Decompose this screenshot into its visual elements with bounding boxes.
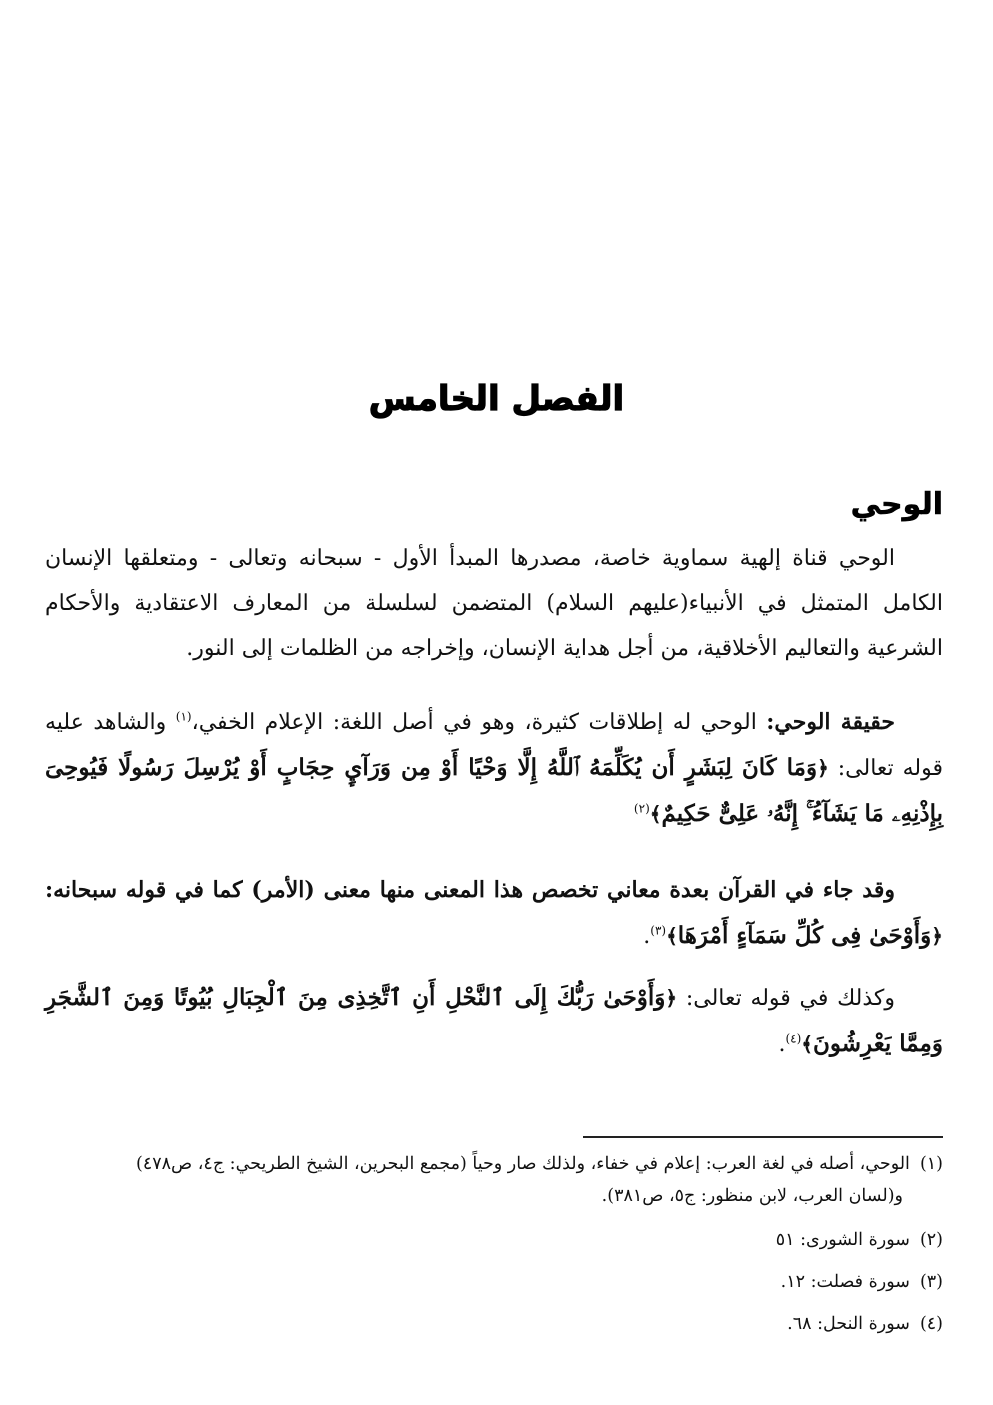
- footnote-text: الوحي، أصله في لغة العرب: إعلام في خفاء،…: [136, 1154, 910, 1174]
- paragraph-definition: الوحي قناة إلهية سماوية خاصة، مصدرها الم…: [45, 536, 943, 671]
- paragraph-bees: وكذلك في قوله تعالى: ﴿وَأَوْحَىٰ رَبُّكَ…: [45, 975, 943, 1067]
- quran-open-bracket: ﴿: [817, 756, 829, 780]
- footnote-text: سورة فصلت: ١٢.: [781, 1272, 910, 1292]
- footnote-2: (٢)سورة الشورى: ٥١: [45, 1224, 943, 1256]
- footnote-4: (٤)سورة النحل: ٦٨.: [45, 1308, 943, 1340]
- paragraph-lead: حقيقة الوحي:: [766, 709, 895, 735]
- paragraph-text: وكذلك في قوله تعالى:: [677, 986, 895, 1011]
- footnote-number: (٤): [920, 1308, 943, 1340]
- footnote-number: (٣): [920, 1266, 943, 1298]
- footnote-1-continuation: و(لسان العرب، لابن منظور: ج٥، ص٣٨١).: [45, 1180, 943, 1212]
- paragraph-text: الوحي له إطلاقات كثيرة، وهو في أصل اللغة…: [192, 710, 767, 735]
- footnotes: (١)الوحي، أصله في لغة العرب: إعلام في خف…: [45, 1148, 943, 1340]
- quran-open-bracket: ﴿: [931, 924, 943, 948]
- footnote-text: سورة الشورى: ٥١: [776, 1230, 910, 1250]
- footnote-number: (١): [920, 1148, 943, 1180]
- footnote-3: (٣)سورة فصلت: ١٢.: [45, 1266, 943, 1298]
- footnote-ref-3[interactable]: (٣): [650, 924, 666, 938]
- quran-close-bracket: ﴾: [666, 924, 678, 948]
- book-page: الفصل الخامس الوحي الوحي قناة إلهية سماو…: [0, 0, 993, 1405]
- footnote-separator: [583, 1136, 943, 1138]
- paragraph-text: وقد جاء في القرآن بعدة معاني تخصص هذا ال…: [45, 877, 895, 903]
- footnote-1: (١)الوحي، أصله في لغة العرب: إعلام في خف…: [45, 1148, 943, 1180]
- section-title: الوحي: [851, 487, 943, 522]
- footnote-ref-2[interactable]: (٢): [634, 802, 650, 816]
- quran-close-bracket: ﴾: [650, 802, 662, 826]
- footnote-ref-4[interactable]: (٤): [785, 1032, 801, 1046]
- quran-close-bracket: ﴾: [801, 1032, 813, 1056]
- paragraph-text: الوحي قناة إلهية سماوية خاصة، مصدرها الم…: [45, 546, 943, 661]
- quran-verse: وَمَا كَانَ لِبَشَرٍ أَن يُكَلِّمَهُ ٱلل…: [45, 754, 943, 827]
- quran-open-bracket: ﴿: [665, 986, 677, 1010]
- footnote-number: (٢): [920, 1224, 943, 1256]
- paragraph-reality-of-revelation: حقيقة الوحي: الوحي له إطلاقات كثيرة، وهو…: [45, 700, 943, 837]
- quran-verse: وَأَوْحَىٰ فِى كُلِّ سَمَآءٍ أَمْرَهَا: [678, 922, 931, 949]
- chapter-title: الفصل الخامس: [0, 379, 993, 419]
- paragraph-meaning-command: وقد جاء في القرآن بعدة معاني تخصص هذا ال…: [45, 868, 943, 959]
- footnote-ref-1[interactable]: (١): [176, 710, 192, 724]
- footnote-text: سورة النحل: ٦٨.: [787, 1314, 910, 1334]
